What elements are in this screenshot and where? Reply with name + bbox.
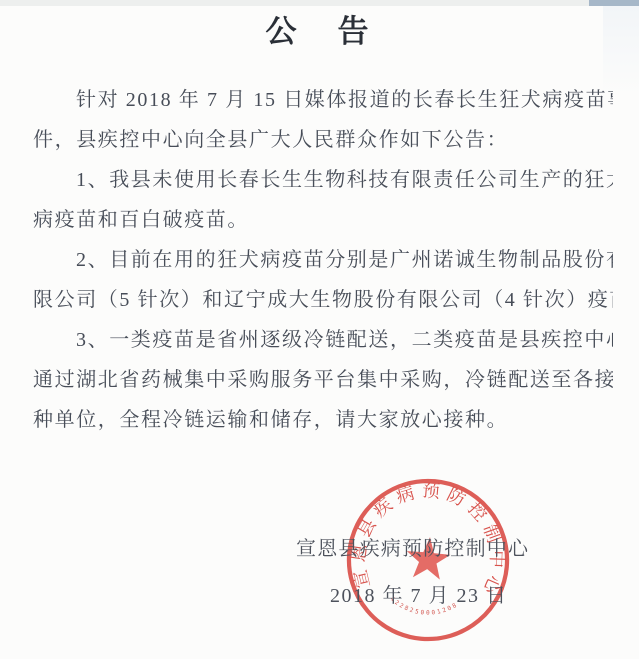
body-line: 3、一类疫苗是省州逐级冷链配送，二类疫苗是县疾控中心	[33, 320, 613, 360]
page-title: 公 告	[0, 6, 639, 51]
body-line: 限公司（5 针次）和辽宁成大生物股份有限公司（4 针次）疫苗。	[33, 280, 613, 320]
body-line: 病疫苗和百白破疫苗。	[33, 200, 613, 240]
body-line: 1、我县未使用长春长生生物科技有限责任公司生产的狂犬	[33, 160, 613, 200]
body-line: 针对 2018 年 7 月 15 日媒体报道的长春长生狂犬病疫苗事	[33, 80, 613, 120]
body-line: 种单位，全程冷链运输和储存，请大家放心接种。	[33, 400, 613, 440]
paragraph-item-3: 3、一类疫苗是省州逐级冷链配送，二类疫苗是县疾控中心 通过湖北省药械集中采购服务…	[33, 320, 613, 440]
issuer-signature: 宣恩县疾病预防控制中心	[296, 532, 529, 561]
paragraph-item-2: 2、目前在用的狂犬病疫苗分别是广州诺诚生物制品股份有 限公司（5 针次）和辽宁成…	[33, 240, 613, 320]
body-line: 件，县疾控中心向全县广大人民群众作如下公告：	[33, 120, 613, 160]
body-line: 2、目前在用的狂犬病疫苗分别是广州诺诚生物制品股份有	[33, 240, 613, 280]
paragraph-intro: 针对 2018 年 7 月 15 日媒体报道的长春长生狂犬病疫苗事 件，县疾控中…	[33, 80, 613, 160]
body-line: 通过湖北省药械集中采购服务平台集中采购，冷链配送至各接	[33, 360, 613, 400]
announcement-page: 公 告 针对 2018 年 7 月 15 日媒体报道的长春长生狂犬病疫苗事 件，…	[0, 0, 639, 659]
issue-date: 2018 年 7 月 23 日	[330, 579, 508, 608]
announcement-body: 针对 2018 年 7 月 15 日媒体报道的长春长生狂犬病疫苗事 件，县疾控中…	[33, 80, 613, 440]
paragraph-item-1: 1、我县未使用长春长生生物科技有限责任公司生产的狂犬 病疫苗和百白破疫苗。	[33, 160, 613, 240]
